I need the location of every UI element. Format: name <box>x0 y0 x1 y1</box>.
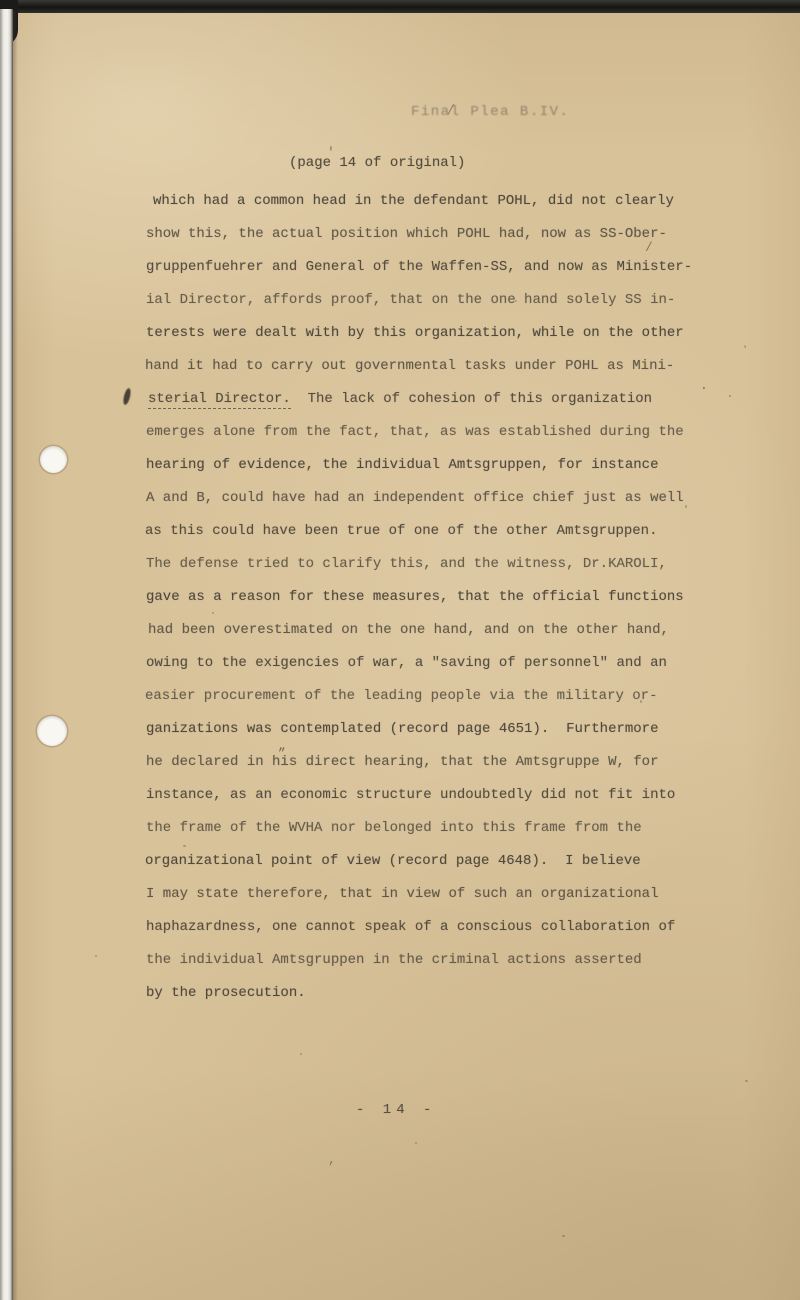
typewritten-line: had been overestimated on the one hand, … <box>148 622 723 655</box>
line-text: the frame of the WVHA nor belonged into … <box>146 820 642 836</box>
typewritten-line: hand it had to carry out governmental ta… <box>145 358 720 391</box>
typewritten-line: the individual Amtsgruppen in the crimin… <box>146 952 721 985</box>
paper-speck <box>95 955 97 957</box>
stray-mark-right-margin-tick: ` <box>734 342 750 359</box>
line-text: ganizations was contemplated (record pag… <box>146 721 658 737</box>
line-text: haphazardness, one cannot speak of a con… <box>146 919 675 935</box>
ink-blot-left-margin <box>122 388 132 406</box>
stray-mark-slash-line2: / <box>645 240 653 255</box>
typewritten-line: haphazardness, one cannot speak of a con… <box>146 919 721 952</box>
paper-speck <box>685 505 687 508</box>
stray-mark-below-footer: , <box>328 1152 336 1167</box>
paper-speck <box>515 300 517 302</box>
paper-speck <box>183 845 186 847</box>
typewritten-line: emerges alone from the fact, that, as wa… <box>146 424 721 457</box>
page-reference: (page 14 of original) <box>289 155 465 171</box>
stray-mark-tick-above-pagenum: ' <box>327 145 335 160</box>
typewritten-line: The defense tried to clarify this, and t… <box>146 556 721 589</box>
line-text: The defense tried to clarify this, and t… <box>146 556 667 572</box>
line-text: gruppenfuehrer and General of the Waffen… <box>146 259 692 275</box>
stray-mark-quote-midpage: „ <box>278 738 286 753</box>
hole-punch-bottom <box>37 716 67 746</box>
paper-speck <box>745 1080 748 1082</box>
typewritten-line: sterial Director. The lack of cohesion o… <box>148 391 723 424</box>
typewritten-line: as this could have been true of one of t… <box>145 523 720 556</box>
scanner-edge-top <box>0 0 800 13</box>
line-text: gave as a reason for these measures, tha… <box>146 589 684 605</box>
typewritten-line: organizational point of view (record pag… <box>145 853 720 886</box>
line-text: emerges alone from the fact, that, as wa… <box>146 424 684 440</box>
paper-speck <box>212 612 214 614</box>
typewritten-line: I may state therefore, that in view of s… <box>146 886 721 919</box>
typewritten-line: he declared in his direct hearing, that … <box>146 754 721 787</box>
typewritten-line: the frame of the WVHA nor belonged into … <box>146 820 721 853</box>
underlined-text: sterial Director. <box>148 391 291 409</box>
line-text: show this, the actual position which POH… <box>146 226 667 242</box>
typewritten-line: show this, the actual position which POH… <box>146 226 721 259</box>
line-text: hearing of evidence, the individual Amts… <box>146 457 658 473</box>
paper-speck <box>640 700 642 703</box>
typewritten-line: easier procurement of the leading people… <box>145 688 720 721</box>
typewritten-line: by the prosecution. <box>146 985 721 1018</box>
line-text: hand it had to carry out governmental ta… <box>145 358 674 374</box>
binder-strip-left <box>0 9 13 1300</box>
line-text: easier procurement of the leading people… <box>145 688 657 704</box>
line-text: by the prosecution. <box>146 985 306 1001</box>
paper-left-edge-shadow <box>13 11 18 1300</box>
line-text: he declared in his direct hearing, that … <box>146 754 658 770</box>
line-text: as this could have been true of one of t… <box>145 523 657 539</box>
typewritten-line: owing to the exigencies of war, a "savin… <box>146 655 721 688</box>
line-text: ial Director, affords proof, that on the… <box>146 292 675 308</box>
typewritten-line: ial Director, affords proof, that on the… <box>146 292 721 325</box>
stray-mark-right-margin-dot2: . <box>726 386 734 401</box>
line-text: organizational point of view (record pag… <box>145 853 641 869</box>
line-text: instance, as an economic structure undou… <box>146 787 675 803</box>
line-text: terests were dealt with by this organiza… <box>146 325 684 341</box>
stray-mark-slash-header: / <box>447 103 455 118</box>
paper-speck <box>562 1235 565 1237</box>
line-text: the individual Amtsgruppen in the crimin… <box>146 952 642 968</box>
typewritten-line: hearing of evidence, the individual Amts… <box>146 457 721 490</box>
hole-punch-top <box>40 446 67 473</box>
typewritten-line: ganizations was contemplated (record pag… <box>146 721 721 754</box>
scanned-document-page: Final Plea B.IV. (page 14 of original) w… <box>0 0 800 1300</box>
line-text: A and B, could have had an independent o… <box>146 490 684 506</box>
typewritten-line: gave as a reason for these measures, tha… <box>146 589 721 622</box>
paper-speck <box>415 1142 417 1144</box>
typewritten-line: which had a common head in the defendant… <box>153 193 728 226</box>
line-text: I may state therefore, that in view of s… <box>146 886 658 902</box>
footer-page-number: - 14 - <box>356 1102 436 1118</box>
paper-speck <box>300 1053 302 1055</box>
typewritten-line: instance, as an economic structure undou… <box>146 787 721 820</box>
typewritten-line: A and B, could have had an independent o… <box>146 490 721 523</box>
typewritten-line: terests were dealt with by this organiza… <box>146 325 721 358</box>
line-text: which had a common head in the defendant… <box>153 193 674 209</box>
line-text: owing to the exigencies of war, a "savin… <box>146 655 667 671</box>
document-body: which had a common head in the defendant… <box>146 193 721 1018</box>
document-header: Final Plea B.IV. <box>411 104 569 120</box>
line-text: The lack of cohesion of this organizatio… <box>291 391 652 407</box>
typewritten-line: gruppenfuehrer and General of the Waffen… <box>146 259 721 292</box>
line-text: had been overestimated on the one hand, … <box>148 622 669 638</box>
stray-mark-right-margin-dot: . <box>700 378 708 393</box>
